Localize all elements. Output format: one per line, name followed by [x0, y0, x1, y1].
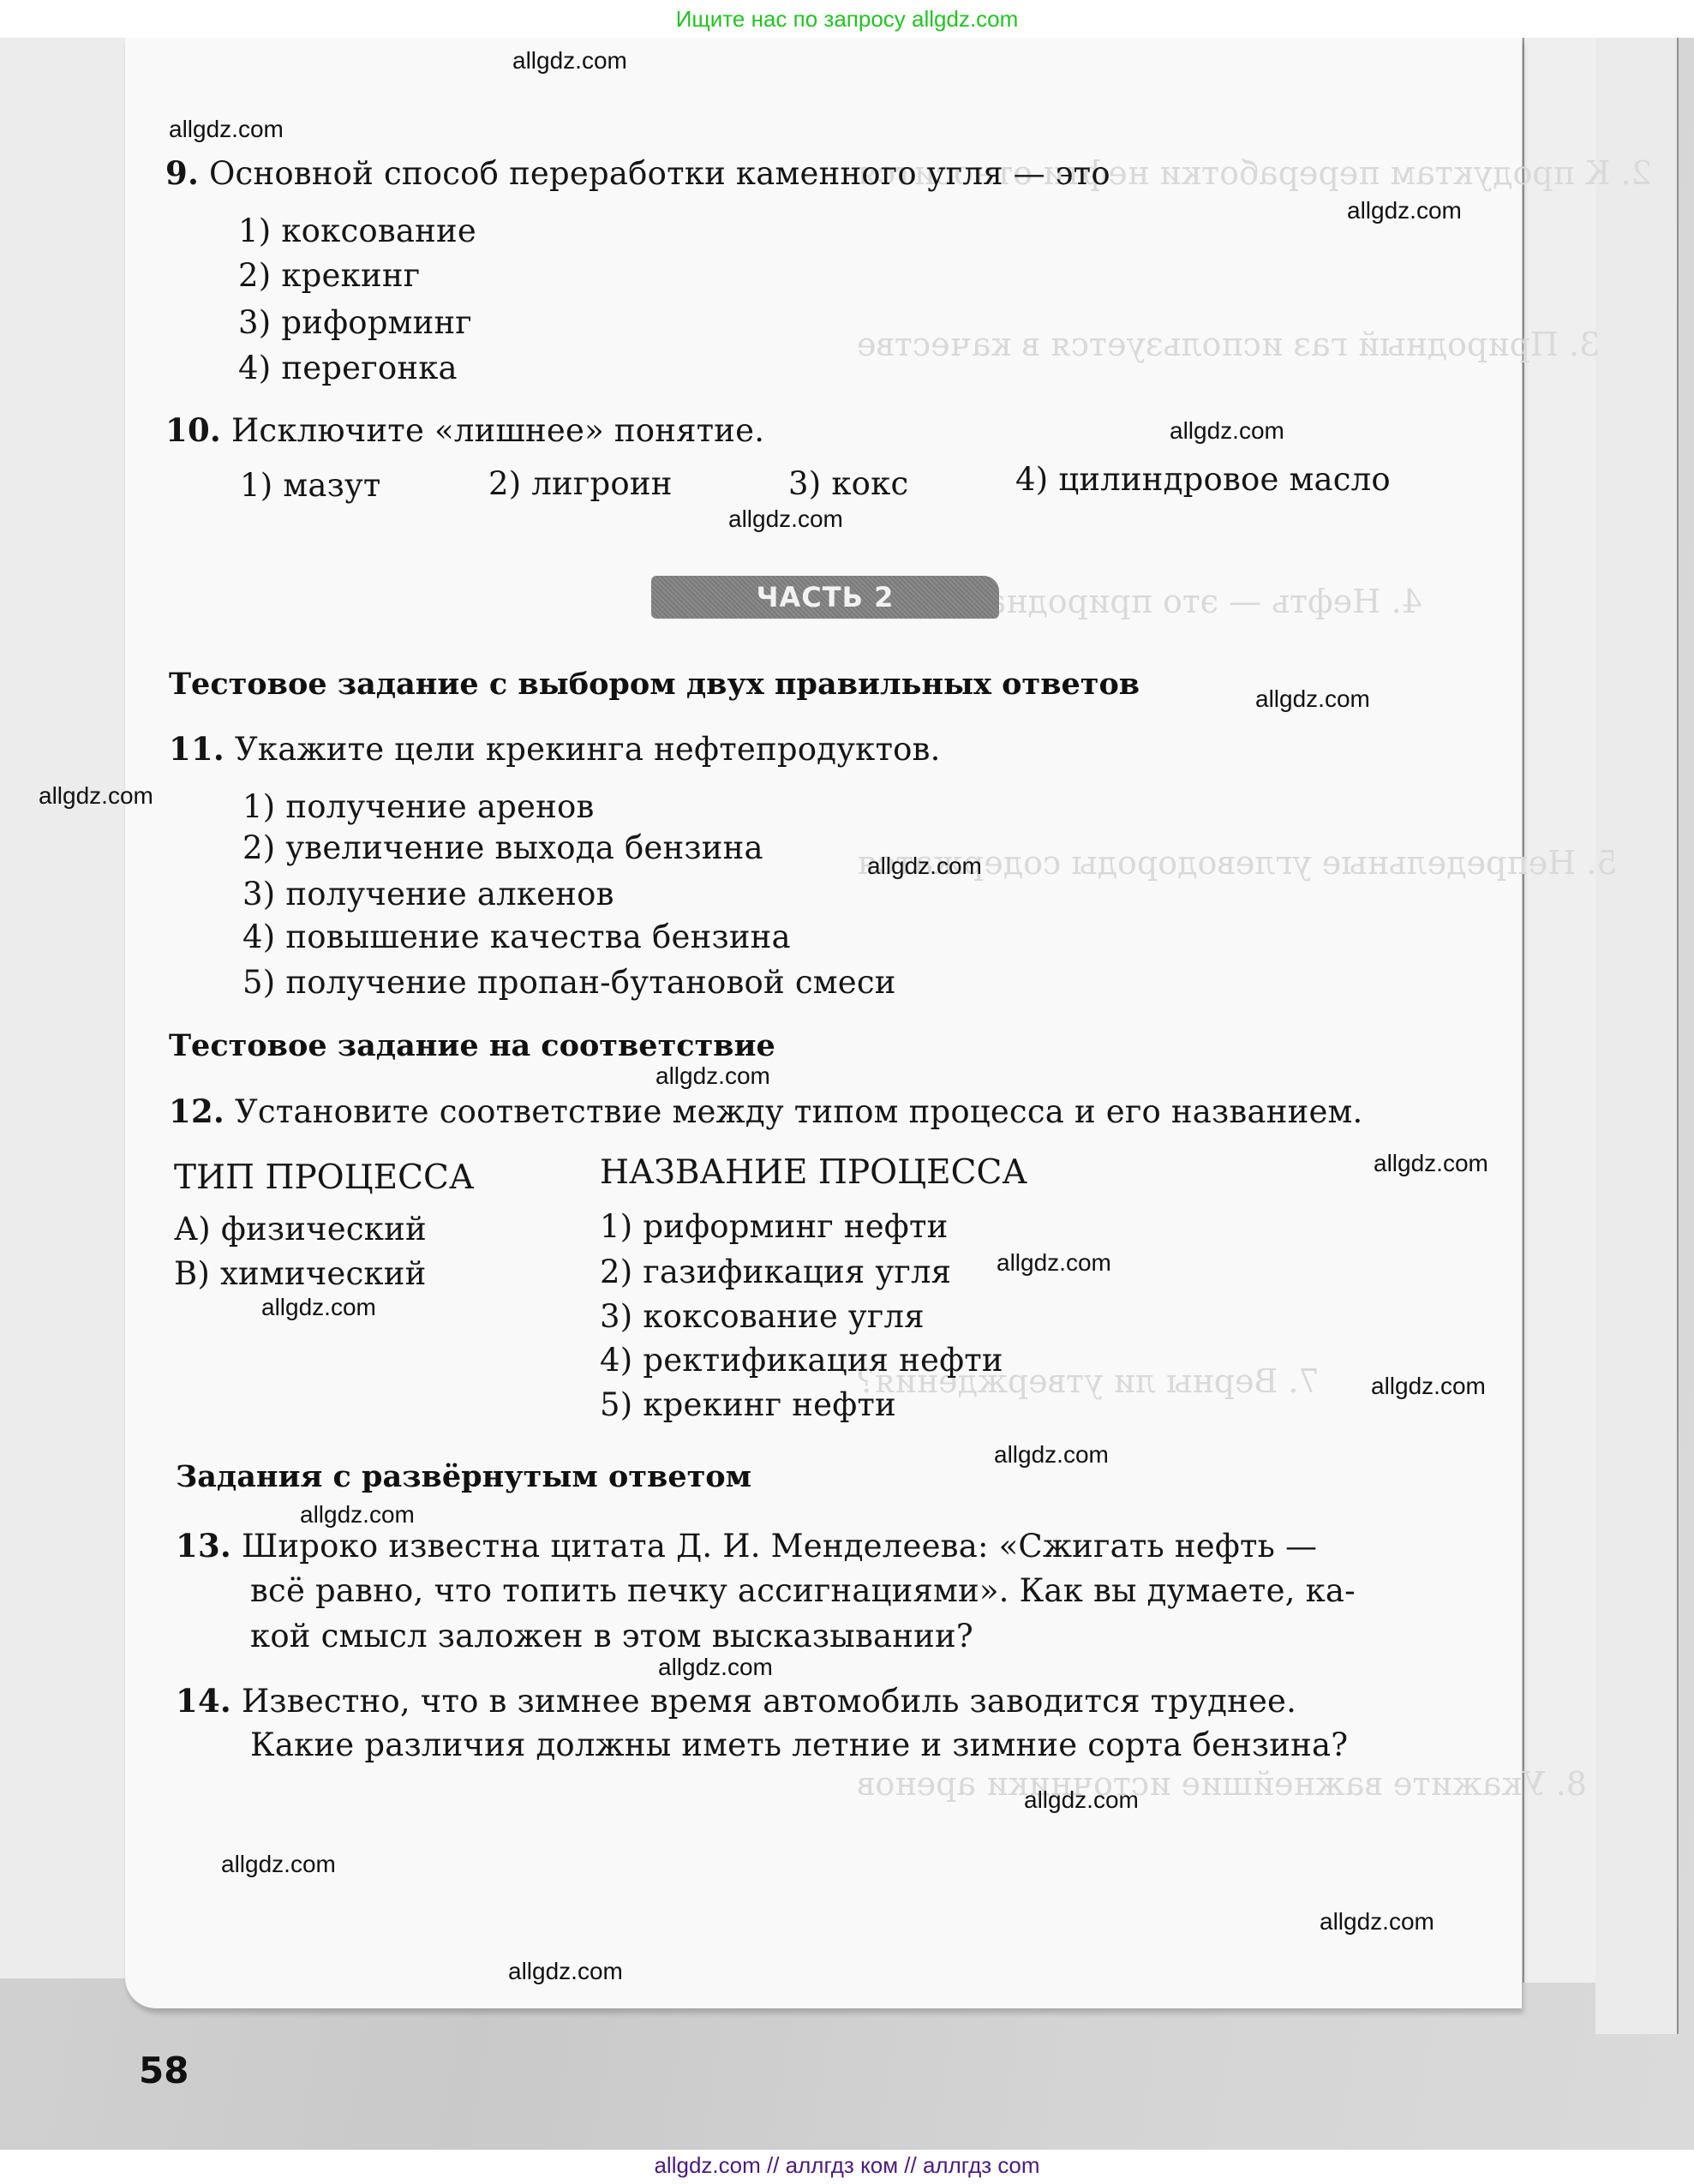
part-2-badge: ЧАСТЬ 2 — [651, 576, 999, 619]
question-number: 14. — [176, 1682, 231, 1720]
question-14: 14. Известно, что в зимнее время автомоб… — [176, 1682, 1296, 1720]
question-12: 12. Установите соответствие между типом … — [169, 1092, 1362, 1130]
watermark: allgdz.com — [997, 1249, 1111, 1277]
process-type-item[interactable]: В) химический — [174, 1255, 426, 1292]
watermark: allgdz.com — [1170, 417, 1284, 445]
page-number: 58 — [139, 2049, 189, 2091]
question-11: 11. Укажите цели крекинга нефтепродуктов… — [169, 730, 941, 768]
bottom-banner: allgdz.com // аллгдз ком // аллгдз com — [0, 2150, 1694, 2184]
process-name-item[interactable]: 4) ректификация нефти — [600, 1342, 1003, 1379]
question-text-line: Широко известна цитата Д. И. Менделеева:… — [242, 1528, 1317, 1565]
watermark: allgdz.com — [1255, 685, 1370, 713]
question-text: Установите соответствие между типом проц… — [235, 1093, 1363, 1130]
process-type-item[interactable]: А) физический — [174, 1211, 427, 1248]
question-9: 9. Основной способ переработки каменного… — [165, 154, 1110, 192]
watermark: allgdz.com — [261, 1294, 376, 1321]
answer-option[interactable]: 3) риформинг — [238, 304, 472, 341]
watermark: allgdz.com — [1024, 1786, 1139, 1814]
answer-option[interactable]: 1) мазут — [240, 467, 381, 504]
question-text: Основной способ переработки каменного уг… — [209, 155, 1110, 192]
top-banner: Ищите нас по запросу allgdz.com — [0, 0, 1694, 38]
question-text-line: кой смысл заложен в этом высказывании? — [250, 1618, 973, 1654]
watermark: allgdz.com — [1347, 197, 1462, 224]
watermark: allgdz.com — [169, 116, 284, 143]
question-number: 9. — [165, 154, 199, 192]
question-number: 11. — [169, 730, 224, 768]
answer-option[interactable]: 4) повышение качества бензина — [242, 918, 791, 955]
watermark: allgdz.com — [508, 1958, 623, 1985]
watermark: allgdz.com — [221, 1851, 336, 1878]
question-number: 10. — [165, 411, 221, 449]
column-header-process-name: НАЗВАНИЕ ПРОЦЕССА — [600, 1153, 1027, 1192]
process-name-item[interactable]: 1) риформинг нефти — [600, 1208, 949, 1245]
column-header-process-type: ТИП ПРОЦЕССА — [174, 1158, 474, 1197]
answer-option[interactable]: 4) цилиндровое масло — [1015, 461, 1391, 498]
answer-option[interactable]: 2) крекинг — [238, 257, 420, 294]
watermark: allgdz.com — [1320, 1908, 1434, 1936]
section-heading-extended: Задания с развёрнутым ответом — [176, 1459, 751, 1494]
right-page-stack-outer — [1595, 38, 1679, 2034]
answer-option[interactable]: 5) получение пропан-бутановой смеси — [242, 964, 896, 1001]
process-name-item[interactable]: 2) газификация угля — [600, 1254, 951, 1290]
question-text: Исключите «лишнее» понятие. — [231, 412, 764, 449]
watermark: allgdz.com — [1374, 1150, 1488, 1177]
answer-option[interactable]: 2) лигроин — [488, 465, 673, 502]
question-10: 10. Исключите «лишнее» понятие. — [165, 411, 764, 449]
show-through-text: 8. Укажите важнейшие источники аренов — [857, 1765, 1587, 1803]
question-text-line: всё равно, что топить печку ассигнациями… — [250, 1572, 1356, 1609]
watermark: allgdz.com — [512, 47, 627, 75]
process-name-item[interactable]: 3) коксование угля — [600, 1298, 925, 1335]
question-text-line: Известно, что в зимнее время автомобиль … — [242, 1683, 1296, 1720]
question-text-line: Какие различия должны иметь летние и зим… — [250, 1726, 1348, 1763]
process-name-item[interactable]: 5) крекинг нефти — [600, 1386, 896, 1423]
answer-option[interactable]: 3) кокс — [788, 465, 908, 502]
watermark: allgdz.com — [39, 782, 153, 810]
question-number: 12. — [169, 1092, 224, 1130]
watermark: allgdz.com — [300, 1501, 415, 1529]
watermark: allgdz.com — [658, 1654, 773, 1681]
watermark: allgdz.com — [728, 506, 843, 533]
answer-option[interactable]: 4) перегонка — [238, 350, 458, 386]
watermark: allgdz.com — [1371, 1373, 1486, 1400]
section-heading-two-answers: Тестовое задание с выбором двух правильн… — [169, 667, 1140, 702]
left-page-edge — [0, 38, 127, 1978]
section-heading-matching: Тестовое задание на соответствие — [169, 1028, 775, 1063]
answer-option[interactable]: 1) получение аренов — [242, 788, 595, 825]
watermark: allgdz.com — [655, 1062, 770, 1090]
question-13: 13. Широко известна цитата Д. И. Менделе… — [176, 1527, 1317, 1565]
answer-option[interactable]: 3) получение алкенов — [242, 876, 614, 912]
question-text: Укажите цели крекинга нефтепродуктов. — [235, 731, 941, 768]
watermark: allgdz.com — [867, 853, 982, 880]
answer-option[interactable]: 1) коксование — [238, 212, 476, 249]
answer-option[interactable]: 2) увеличение выхода бензина — [242, 829, 763, 866]
watermark: allgdz.com — [994, 1441, 1109, 1469]
show-through-text: 3. Природный газ используется в качестве — [857, 326, 1600, 363]
question-number: 13. — [176, 1527, 231, 1565]
